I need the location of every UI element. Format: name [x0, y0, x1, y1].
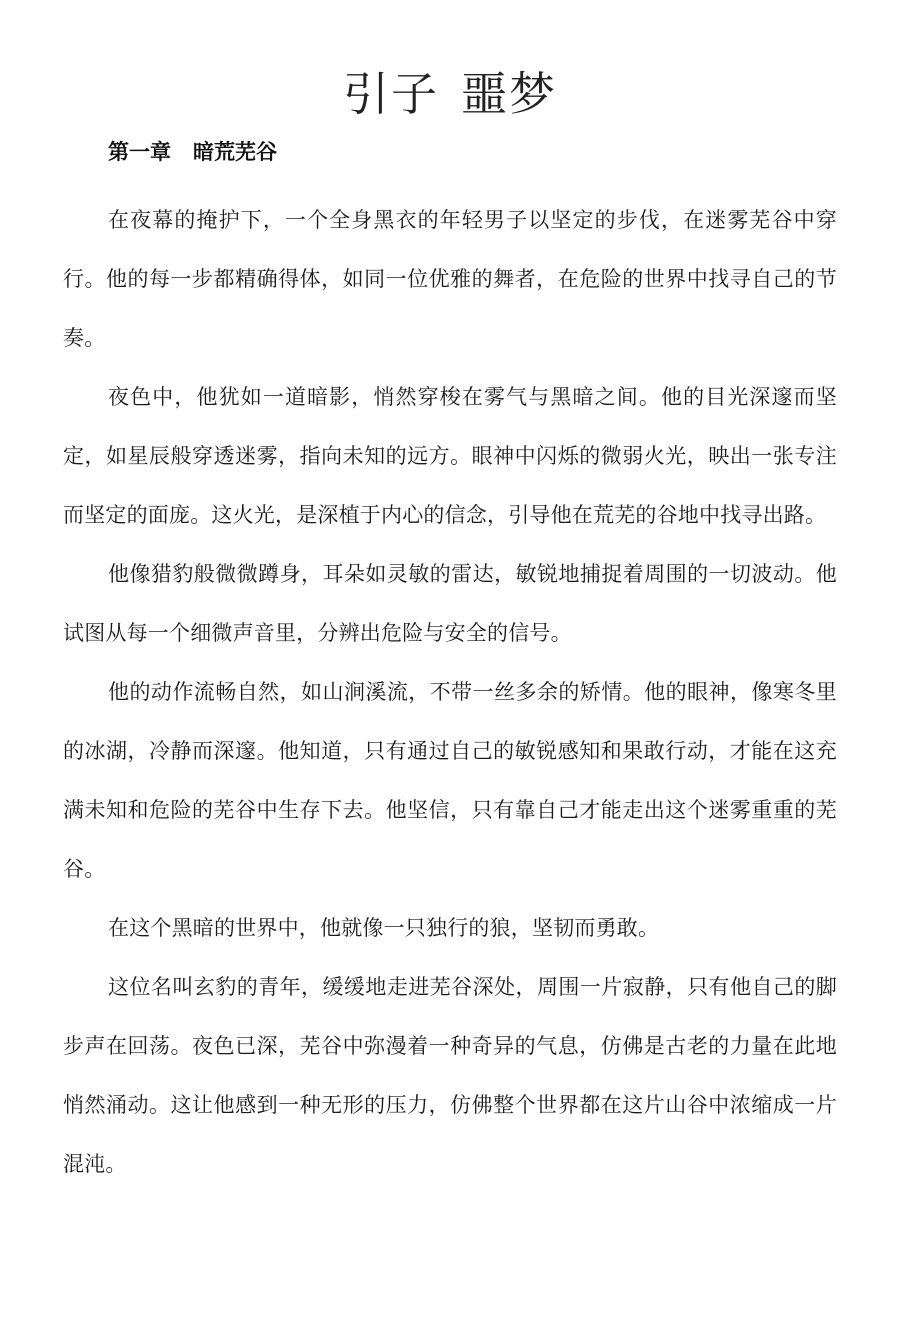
body-text: 在夜幕的掩护下，一个全身黑衣的年轻男子以坚定的步伐，在迷雾芜谷中穿行。他的每一步…	[63, 191, 837, 1194]
paragraph-5: 在这个黑暗的世界中，他就像一只独行的狼，坚韧而勇敢。	[63, 899, 837, 958]
page-title: 引子噩梦	[0, 64, 900, 124]
paragraph-3: 他像猎豹般微微蹲身，耳朵如灵敏的雷达，敏锐地捕捉着周围的一切波动。他试图从每一个…	[63, 545, 837, 663]
paragraph-1: 在夜幕的掩护下，一个全身黑衣的年轻男子以坚定的步伐，在迷雾芜谷中穿行。他的每一步…	[63, 191, 837, 368]
paragraph-4: 他的动作流畅自然，如山涧溪流，不带一丝多余的矫情。他的眼神，像寒冬里的冰湖，冷静…	[63, 663, 837, 899]
paragraph-6: 这位名叫玄豹的青年，缓缓地走进芜谷深处，周围一片寂静，只有他自己的脚步声在回荡。…	[63, 958, 837, 1194]
title-part-1: 引子	[343, 67, 439, 121]
chapter-number: 第一章	[108, 140, 171, 164]
document-page: 引子噩梦 第一章暗荒芜谷 在夜幕的掩护下，一个全身黑衣的年轻男子以坚定的步伐，在…	[0, 0, 900, 1343]
chapter-heading: 第一章暗荒芜谷	[108, 136, 277, 168]
title-part-2: 噩梦	[461, 67, 557, 121]
chapter-title: 暗荒芜谷	[193, 140, 277, 164]
paragraph-2: 夜色中，他犹如一道暗影，悄然穿梭在雾气与黑暗之间。他的目光深邃而坚定，如星辰般穿…	[63, 368, 837, 545]
